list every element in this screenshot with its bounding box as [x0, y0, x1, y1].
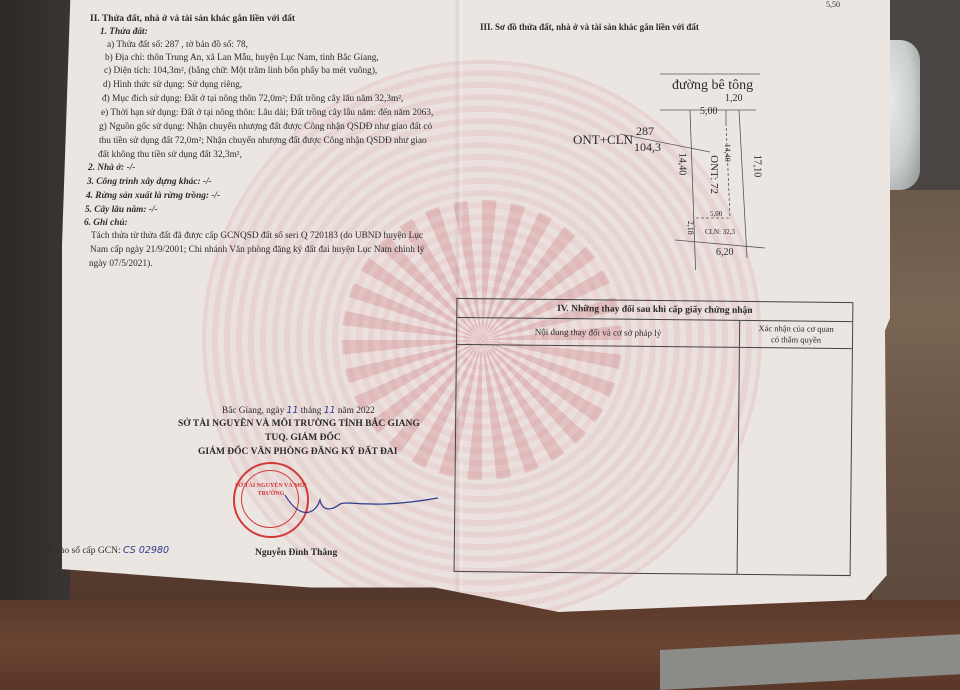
inner-bottom-width: 5,00: [710, 210, 722, 218]
usage-purpose: đ) Mục đích sử dụng: Đất ở tại nông thôn…: [102, 94, 403, 105]
ont-area-label: ONT: 72: [707, 155, 720, 194]
notes-title: 6. Ghi chú:: [84, 218, 128, 229]
signing-date: Bắc Giang, ngày 11 tháng 11 năm 2022: [222, 405, 375, 417]
area: c) Diện tích: 104,3m², (bằng chữ: Một tr…: [104, 66, 377, 77]
address: b) Địa chỉ: thôn Trung An, xã Lan Mẫu, h…: [105, 53, 379, 64]
sub1-title: 1. Thửa đất:: [100, 27, 148, 38]
register-value: CS 02980: [123, 545, 169, 556]
month-label: tháng: [301, 406, 322, 416]
changes-content-cell: [455, 345, 740, 574]
usage-origin-2: thu tiền sử dụng đất 72,0m²; Nhận chuyển…: [99, 136, 427, 147]
usage-term: e) Thời hạn sử dụng: Đất ở tại nông thôn…: [101, 108, 433, 119]
signer-role: GIÁM ĐỐC VĂN PHÒNG ĐĂNG KÝ ĐẤT ĐAI: [198, 447, 397, 458]
cln-area-label: CLN: 32,3: [705, 228, 735, 236]
changes-column-confirmation: Xác nhận của cơ quan có thẩm quyền: [740, 321, 852, 348]
right-side-length: 17,10: [750, 155, 762, 178]
date-prefix: Bắc Giang, ngày: [222, 406, 284, 416]
year-label: năm 2022: [338, 406, 375, 416]
top-width: 5,00: [700, 106, 718, 118]
changes-table: IV. Những thay đổi sau khi cấp giấy chứn…: [454, 298, 854, 576]
note-line-1: Tách thửa từ thửa đất đã được cấp GCNQSD…: [91, 231, 423, 242]
signer-name: Nguyễn Đình Thắng: [255, 548, 337, 559]
left-side-length: 14,40: [675, 153, 687, 176]
note-line-2: Nam cấp ngày 21/9/2001; Chi nhánh Văn ph…: [90, 245, 424, 256]
top-offset: 1,20: [725, 93, 743, 105]
handwritten-signature: [280, 490, 440, 520]
usage-form: d) Hình thức sử dụng: Sử dụng riêng,: [103, 80, 242, 91]
tuq-line: TUQ. GIÁM ĐỐC: [265, 433, 341, 444]
construction-item: 3. Công trình xây dựng khác: -/-: [87, 177, 212, 188]
section-iii-title: III. Sơ đồ thửa đất, nhà ở và tài sản kh…: [480, 22, 699, 33]
usage-origin-1: g) Nguồn gốc sử dụng: Nhận chuyển nhượng…: [99, 122, 432, 133]
section-ii-title: II. Thửa đất, nhà ở và tài sản khác gắn …: [90, 14, 295, 25]
note-line-3: ngày 07/5/2021).: [89, 259, 153, 270]
register-number: Số vào sổ cấp GCN: CS 02980: [43, 545, 169, 557]
plot-area: 104,3: [634, 140, 661, 154]
confirmation-header-line-2: có thẩm quyền: [740, 334, 852, 346]
issuing-org: SỞ TÀI NGUYÊN VÀ MÔI TRƯỜNG TỈNH BẮC GIA…: [178, 419, 420, 430]
house-item: 2. Nhà ở: -/-: [88, 163, 135, 174]
bottom-width: 6,20: [716, 247, 734, 259]
plot-number: 287: [636, 124, 654, 138]
inner-side-length: 14,40: [722, 144, 732, 162]
forest-item: 4. Rừng sản xuất là rừng trồng: -/-: [86, 191, 220, 202]
parcel-number: a) Thửa đất số: 287 , tờ bản đồ số: 78,: [107, 40, 248, 51]
register-label: Số vào sổ cấp GCN:: [43, 546, 121, 556]
cln-side-length: 2,18: [685, 221, 695, 235]
perennial-item: 5. Cây lâu năm: -/-: [85, 205, 158, 216]
peek-dimension: 5,50: [826, 0, 840, 10]
background-dark-left: [0, 0, 70, 690]
date-day: 11: [287, 405, 299, 416]
plot-code: ONT+CLN: [573, 132, 633, 148]
usage-origin-3: đất không thu tiền sử dụng đất 32,3m²,: [98, 150, 242, 161]
changes-column-content: Nội dung thay đổi và cơ sở pháp lý: [457, 318, 740, 347]
date-month: 11: [324, 405, 336, 416]
